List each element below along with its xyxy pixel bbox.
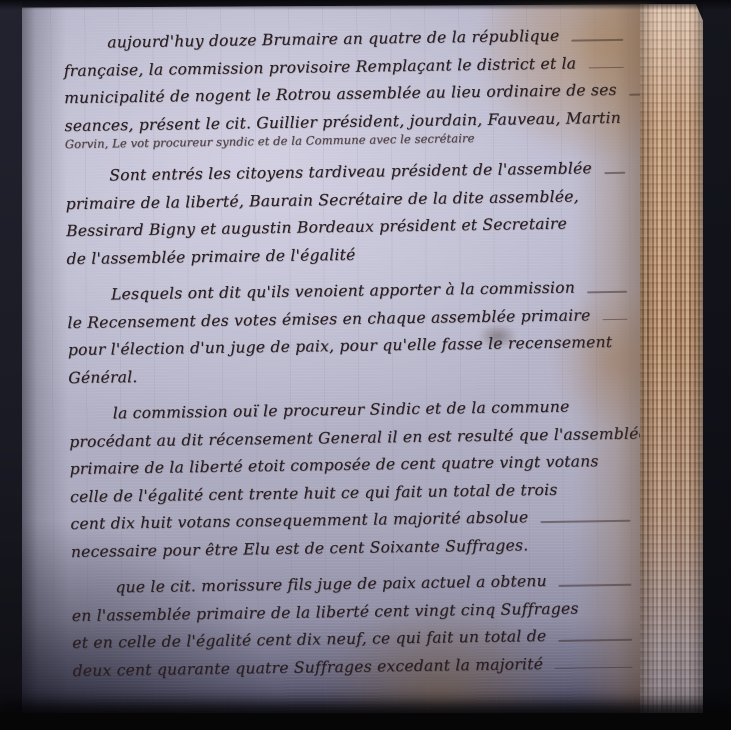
text-line-content: en l'assemblée primaire de la liberté ce… — [72, 595, 579, 630]
photo-stage: aujourd'huy douze Brumaire an quatre de … — [0, 0, 731, 730]
text-line-content: que le cit. morissure fils juge de paix … — [115, 568, 547, 602]
line-filler-rule — [587, 291, 627, 293]
background-top — [0, 0, 731, 10]
line-filler-rule — [559, 584, 632, 587]
text-line: seances, présent le cit. Guillier présid… — [64, 104, 626, 140]
background-bottom — [0, 713, 731, 730]
text-line-content: de l'assemblée primaire de l'égalité — [66, 241, 355, 273]
corner-shadow — [19, 516, 280, 717]
text-line: Sont entrés les citoyens tardiveau prési… — [65, 155, 627, 191]
text-line-content: necessaire pour être Elu est de cent Soi… — [71, 532, 529, 566]
book-fore-edge — [640, 4, 708, 716]
text-line: et en celle de l'égalité cent dix neuf, … — [72, 622, 634, 658]
text-line: française, la commission provisoire Remp… — [64, 49, 626, 85]
text-line-content: seances, présent le cit. Guillier présid… — [64, 104, 621, 140]
stain-top-right — [482, 0, 653, 157]
stain-right-band — [576, 4, 650, 714]
text-line-content: Sont entrés les citoyens tardiveau prési… — [109, 155, 592, 190]
line-filler-rule — [602, 318, 627, 320]
text-line: primaire de la liberté etoit composée de… — [69, 448, 631, 484]
text-line-content: le Recensement des votes émises en chaqu… — [67, 302, 590, 337]
text-line-content: procédant au dit récensement General il … — [69, 420, 648, 456]
text-line: Bessirard Bigny et augustin Bordeaux pré… — [66, 210, 628, 246]
line-filler-rule — [571, 39, 623, 41]
text-line: municipalité de nogent le Rotrou assembl… — [64, 77, 626, 113]
line-filler-rule — [604, 172, 625, 174]
text-line-content: la commission ouï le procureur Sindic et… — [113, 394, 570, 428]
text-line-content: primaire de la liberté, Baurain Secrétai… — [66, 183, 580, 218]
text-line: la commission ouï le procureur Sindic et… — [69, 393, 631, 429]
manuscript-page: aujourd'huy douze Brumaire an quatre de … — [16, 4, 650, 717]
text-line-content: cent dix huit votans consequemment la ma… — [70, 504, 528, 538]
text-line: que le cit. morissure fils juge de paix … — [71, 567, 633, 603]
text-line: aujourd'huy douze Brumaire an quatre de … — [63, 22, 625, 58]
text-line: necessaire pour être Elu est de cent Soi… — [71, 530, 633, 566]
text-line-content: pour l'élection d'un juge de paix, pour … — [68, 329, 613, 365]
line-filler-rule — [555, 666, 633, 669]
text-line: cent dix huit votans consequemment la ma… — [70, 503, 632, 539]
text-line-content: Lesquels ont dit qu'ils venoient apporte… — [111, 275, 575, 309]
text-line-content: Général. — [68, 364, 138, 393]
background-left — [0, 0, 22, 730]
text-line: en l'assemblée primaire de la liberté ce… — [72, 594, 634, 630]
background-right — [703, 0, 731, 730]
text-line-content: Bessirard Bigny et augustin Bordeaux pré… — [66, 211, 567, 246]
text-line: Lesquels ont dit qu'ils venoient apporte… — [67, 274, 629, 310]
text-line-content: municipalité de nogent le Rotrou assembl… — [64, 77, 617, 113]
text-line-content: aujourd'huy douze Brumaire an quatre de … — [107, 23, 559, 57]
text-line: Général. — [68, 356, 630, 392]
text-line: celle de l'égalité cent trente huit ce q… — [70, 475, 632, 511]
text-line: pour l'élection d'un juge de paix, pour … — [68, 329, 630, 365]
text-line: deux cent quarante quatre Suffrages exce… — [72, 649, 634, 685]
text-line: procédant au dit récensement General il … — [69, 420, 631, 456]
text-line: de l'assemblée primaire de l'égalité — [66, 237, 628, 273]
line-filler-rule — [588, 66, 623, 68]
stain-bottom-center — [319, 595, 560, 730]
text-line-content: primaire de la liberté etoit composée de… — [69, 448, 598, 483]
manuscript-text: aujourd'huy douze Brumaire an quatre de … — [63, 22, 635, 685]
text-line: le Recensement des votes émises en chaqu… — [67, 301, 629, 337]
line-filler-rule — [540, 520, 630, 523]
ink-blot — [478, 323, 518, 349]
text-line-content: française, la commission provisoire Remp… — [64, 50, 577, 85]
text-line-content: celle de l'égalité cent trente huit ce q… — [70, 476, 558, 511]
line-filler-rule — [558, 639, 632, 642]
text-line-content: et en celle de l'égalité cent dix neuf, … — [72, 623, 546, 658]
text-line: Gorvin, Le vot procureur syndic et de la… — [65, 128, 627, 154]
text-line-content: Gorvin, Le vot procureur syndic et de la… — [65, 130, 475, 154]
text-line: primaire de la liberté, Baurain Secrétai… — [66, 182, 628, 218]
text-line-content: deux cent quarante quatre Suffrages exce… — [72, 651, 543, 685]
